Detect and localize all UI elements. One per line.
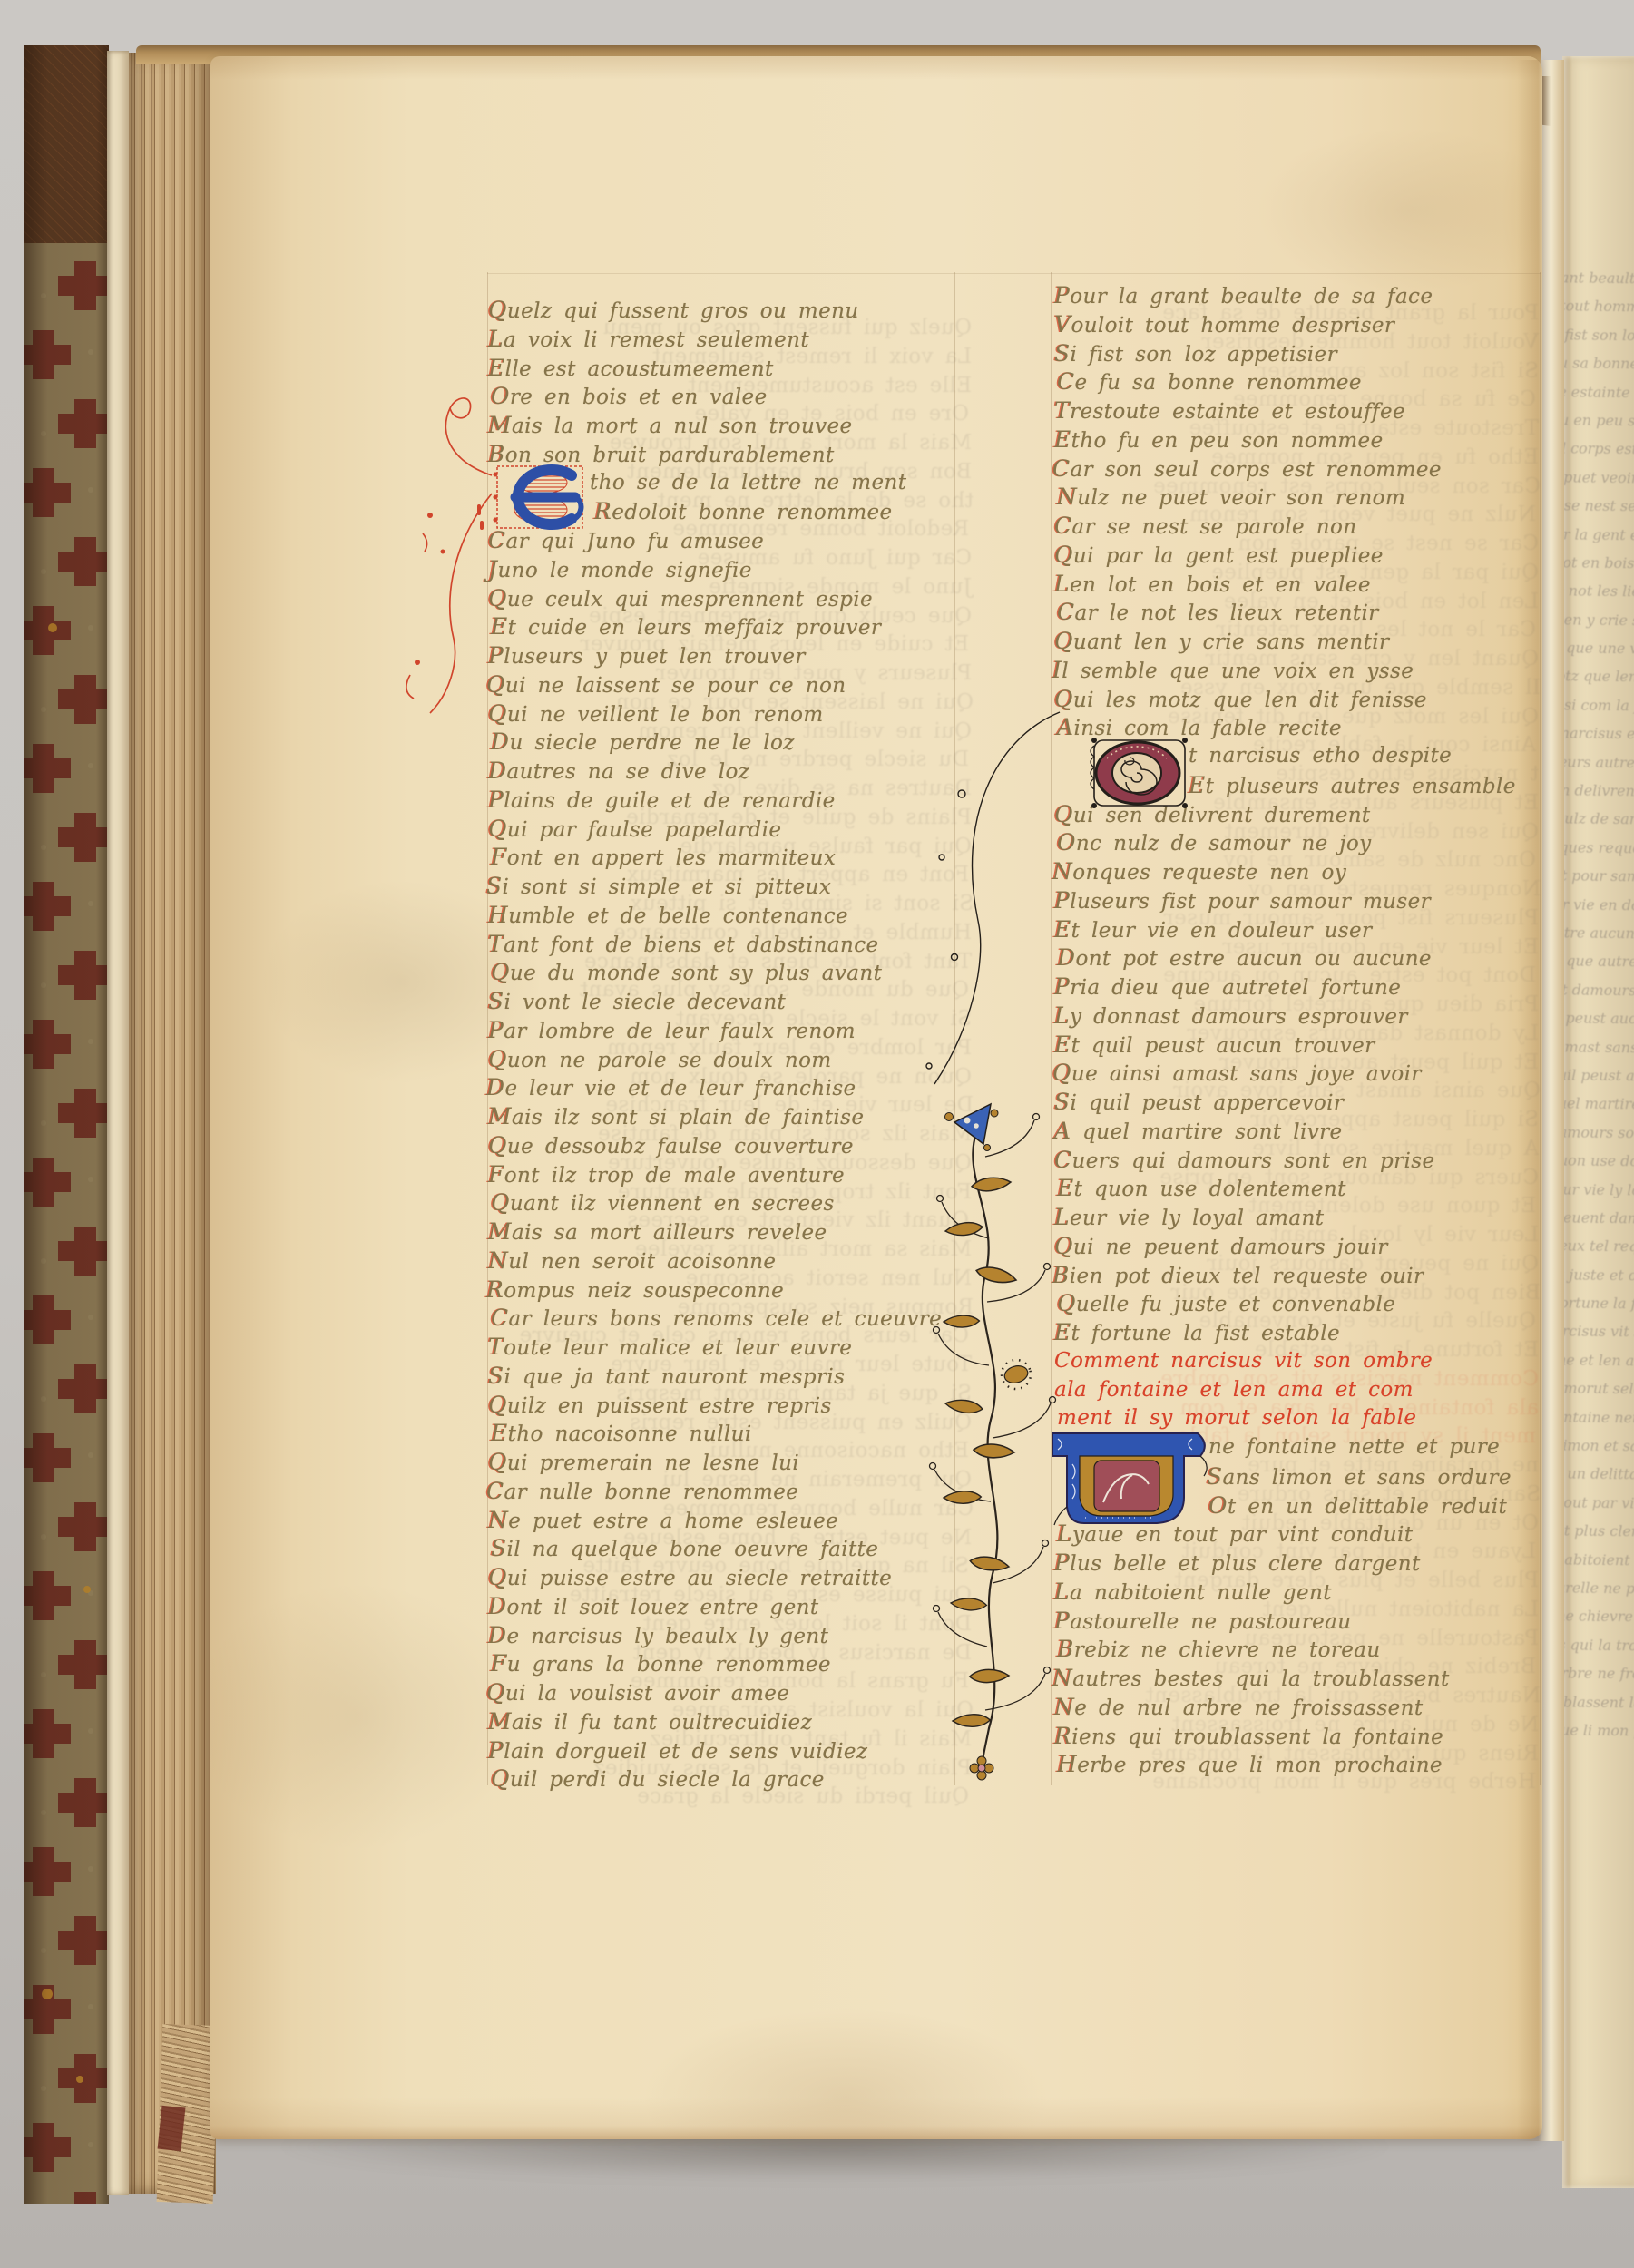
- verse-line: Brebiz ne chievre ne toreau: [1057, 1635, 1544, 1664]
- verse-line: Et quon use dolentement: [1057, 1174, 1544, 1203]
- next-folio-line: Lyaue en tout par vint conduit: [1562, 1486, 1634, 1519]
- verse-line: Que ceulx qui mesprennent espie: [488, 584, 955, 613]
- versal-capital: C: [1054, 1147, 1072, 1173]
- versal-capital: Q: [1054, 542, 1073, 568]
- next-folio-line: Car se nest se parole non: [1562, 489, 1634, 522]
- next-folio-line: Et pluseurs autres ensamble: [1562, 745, 1634, 777]
- versal-capital: L: [1054, 1579, 1070, 1605]
- rubric-line: Comment narcisus vit son ombre: [1054, 1347, 1541, 1376]
- versal-capital: R: [594, 498, 612, 524]
- verse-line: Quilz en puissent estre repris: [488, 1391, 955, 1420]
- next-folio-line: Car le not les lieux retentir: [1562, 574, 1634, 607]
- next-folio-line: A quel martire sont livre: [1562, 1087, 1634, 1119]
- verse-line: Car son seul corps est renommee: [1052, 455, 1540, 484]
- versal-capital: C: [1054, 513, 1072, 539]
- verse-line: Si fist son loz appetisier: [1054, 339, 1541, 368]
- penwork-initial-o: [1071, 737, 1189, 809]
- book-spine: [24, 45, 109, 2204]
- next-folio-line: Qui par la gent est puepliee: [1562, 517, 1634, 550]
- next-folio-line: Brebiz ne chievre ne toreau: [1562, 1599, 1634, 1632]
- verse-line: Plains de guile et de renardie: [488, 786, 955, 815]
- next-folio-line: Ainsi com la fable recite: [1562, 689, 1634, 721]
- versal-capital: P: [488, 642, 504, 669]
- versal-capital: D: [488, 758, 506, 784]
- versal-capital: H: [488, 902, 508, 928]
- verse-line: Et cuide en leurs meffaiz prouver: [491, 612, 958, 641]
- versal-capital: E: [491, 1420, 508, 1446]
- next-folio-line: Len lot en bois et en valee: [1562, 546, 1634, 579]
- verse-line: Et leur vie en douleur user: [1054, 915, 1541, 944]
- verse-line: Ore en bois et en valee: [491, 382, 958, 411]
- verse-line: Sil na quelque bone oeuvre faitte: [491, 1534, 958, 1563]
- next-folio-line: Nonques requeste nen oy: [1562, 831, 1634, 864]
- versal-capital: J: [488, 556, 497, 582]
- verse-line: De leur vie et de leur franchise: [486, 1073, 954, 1102]
- cover-bottom-tip: [158, 2106, 186, 2151]
- verse-line: Que du monde sont sy plus avant: [491, 958, 958, 987]
- versal-capital: M: [488, 412, 512, 438]
- verse-line: Nul nen seroit acoisonne: [488, 1246, 955, 1276]
- verse-line: Car le not les lieux retentir: [1057, 598, 1544, 627]
- verse-line: Si que ja tant nauront mespris: [488, 1362, 955, 1391]
- verse-line: Dont pot estre aucun ou aucune: [1057, 943, 1544, 973]
- versal-capital: N: [1057, 484, 1077, 510]
- verse-line: Car se nest se parole non: [1054, 512, 1541, 541]
- versal-capital: A: [1054, 1118, 1071, 1144]
- verse-line: Que ainsi amast sans joye avoir: [1052, 1059, 1540, 1088]
- verse-line: Humble et de belle contenance: [488, 901, 955, 930]
- next-folio-line: Qui ne peuent damours jouir: [1562, 1201, 1634, 1234]
- versal-capital: E: [1054, 1031, 1071, 1058]
- next-folio-line: Que ainsi amast sans joye avoir: [1562, 1030, 1634, 1062]
- page-stack-gutter: [129, 53, 216, 2194]
- verse-line: Ne de nul arbre ne froissassent: [1054, 1693, 1541, 1722]
- illuminated-initial-u: [1049, 1428, 1214, 1533]
- verse-line: Mais la mort a nul son trouvee: [488, 411, 955, 440]
- verse-line: Mais ilz sont si plain de faintise: [488, 1102, 955, 1131]
- next-folio-line: Si fist son loz appetisier: [1562, 318, 1634, 351]
- verse-line: Qui la voulsist avoir amee: [486, 1678, 954, 1707]
- versal-capital: E: [1054, 426, 1071, 453]
- versal-capital: L: [1054, 571, 1070, 597]
- next-folio-line: Ne de nul arbre ne froissassent: [1562, 1657, 1634, 1689]
- verse-line: Quelz qui fussent gros ou menu: [488, 296, 955, 325]
- versal-capital: N: [1052, 1665, 1072, 1691]
- verse-line: Toute leur malice et leur euvre: [488, 1333, 955, 1362]
- versal-capital: D: [1057, 944, 1075, 971]
- versal-capital: Q: [488, 585, 507, 611]
- versal-capital: C: [1052, 455, 1071, 482]
- verse-line: Quon ne parole se doulx nom: [488, 1045, 955, 1074]
- versal-capital: V: [1054, 311, 1071, 337]
- versal-capital: M: [488, 1103, 512, 1129]
- versal-capital: B: [1052, 1262, 1070, 1288]
- verse-line: Car nulle bonne renommee: [486, 1477, 954, 1506]
- verse-line: Qui les motz que len dit fenisse: [1054, 685, 1541, 714]
- verse-line: Et quil peust aucun trouver: [1054, 1031, 1541, 1060]
- next-folio-line: La nabitoient nulle gent: [1562, 1542, 1634, 1575]
- versal-capital: D: [488, 1593, 506, 1619]
- verse-line: Car leurs bons renoms cele et cueuvre: [491, 1304, 958, 1333]
- versal-capital: C: [488, 527, 506, 553]
- versal-capital: Q: [1054, 1233, 1073, 1259]
- next-folio-line: Et fortune la fist estable: [1562, 1286, 1634, 1319]
- versal-capital: L: [1054, 1002, 1070, 1029]
- next-folio-line: t narcisus etho despite: [1562, 717, 1634, 749]
- next-folio-line: Car son seul corps est renommee: [1562, 432, 1634, 464]
- verse-line: Juno le monde signefie: [488, 555, 955, 584]
- verse-line: Bien pot dieux tel requeste ouir: [1052, 1261, 1540, 1290]
- versal-capital: F: [488, 1161, 504, 1188]
- versal-capital: N: [488, 1507, 508, 1533]
- next-folio-line: Si quil peust appercevoir: [1562, 1059, 1634, 1091]
- verse-line: Dautres na se dive loz: [488, 757, 955, 786]
- verse-line: Si sont si simple et si pitteux: [486, 872, 954, 901]
- next-folio-line: Bien pot dieux tel requeste ouir: [1562, 1229, 1634, 1262]
- next-folio-edge: Pour la grant beaulte de sa faceVouloit …: [1562, 56, 1634, 2188]
- verse-line: La nabitoient nulle gent: [1054, 1578, 1541, 1607]
- versal-capital: L: [1054, 1204, 1070, 1230]
- next-folio-line: Ce fu sa bonne renommee: [1562, 347, 1634, 379]
- verse-line: Qui premerain ne lesne lui: [488, 1448, 955, 1477]
- verse-line: Onc nulz de samour ne joy: [1057, 828, 1544, 857]
- versal-capital: D: [491, 728, 509, 755]
- next-folio-line: Leur vie ly loyal amant: [1562, 1172, 1634, 1205]
- verse-line: Si vont le siecle decevant: [488, 987, 955, 1016]
- verse-line: Qui ne peuent damours jouir: [1054, 1232, 1541, 1261]
- versal-capital: N: [1054, 1694, 1074, 1720]
- versal-capital: Q: [1057, 1290, 1076, 1316]
- next-folio-line: Et leur vie en douleur user: [1562, 887, 1634, 920]
- verse-line: Qui ne veillent le bon renom: [488, 699, 955, 728]
- versal-capital: Q: [486, 671, 505, 698]
- versal-capital: H: [1057, 1751, 1077, 1777]
- verse-line: Par lombre de leur faulx renom: [488, 1016, 955, 1045]
- versal-capital: P: [1054, 282, 1070, 308]
- verse-line: Ne puet estre a home esleuee: [488, 1506, 955, 1535]
- versal-capital: P: [1054, 887, 1070, 914]
- next-folio-line: Qui sen delivrent durement: [1562, 774, 1634, 807]
- verse-line: Len lot en bois et en valee: [1054, 570, 1541, 599]
- verse-line: De narcisus ly beaulx ly gent: [488, 1621, 955, 1650]
- verse-line: Quelle fu juste et convenable: [1057, 1289, 1544, 1318]
- verse-line: Dont il soit louez entre gent: [488, 1592, 955, 1621]
- verse-line: Pria dieu que autretel fortune: [1054, 973, 1541, 1002]
- next-folio-line: Comment narcisus vit son ombre: [1562, 1315, 1634, 1347]
- next-folio-line: Dont pot estre aucun ou aucune: [1562, 916, 1634, 949]
- verse-line: Plain dorgueil et de sens vuidiez: [488, 1736, 955, 1765]
- next-folio-line: Qui les motz que len dit fenisse: [1562, 660, 1634, 692]
- next-folio-line: Nulz ne puet veoir son renom: [1562, 461, 1634, 494]
- verse-line: Etho nacoisonne nullui: [491, 1419, 958, 1448]
- next-folio-line: Etho fu en peu son nommee: [1562, 404, 1634, 436]
- versal-capital: F: [491, 1650, 507, 1677]
- illuminated-initial-e: [484, 464, 586, 531]
- versal-capital: T: [1054, 397, 1070, 424]
- versal-capital: D: [488, 1622, 506, 1648]
- verse-line: Plus belle et plus clere dargent: [1054, 1549, 1541, 1578]
- versal-capital: P: [1054, 973, 1070, 1000]
- next-folio-line: ala fontaine et len ama et com: [1562, 1344, 1634, 1376]
- verse-line: Que dessoubz faulse couverture: [488, 1131, 955, 1160]
- versal-capital: Q: [1054, 628, 1073, 654]
- verse-line: Pluseurs fist pour samour muser: [1054, 886, 1541, 915]
- versal-capital: I: [1052, 657, 1062, 683]
- verse-line: Font ilz trop de male aventure: [488, 1160, 955, 1189]
- versal-capital: T: [488, 1334, 504, 1360]
- versal-capital: P: [1054, 1608, 1070, 1634]
- verse-line: Car qui Juno fu amusee: [488, 526, 955, 555]
- versal-capital: E: [488, 355, 505, 381]
- next-folio-line: Quelle fu juste et convenable: [1562, 1257, 1634, 1290]
- versal-capital: M: [488, 1708, 512, 1735]
- versal-capital: C: [1057, 599, 1075, 625]
- next-folio-line: Plus belle et plus clere dargent: [1562, 1514, 1634, 1547]
- versal-capital: S: [491, 1535, 507, 1561]
- next-folio-line: Trestoute estainte et estouffee: [1562, 375, 1634, 407]
- versal-capital: Q: [491, 1189, 510, 1216]
- versal-capital: P: [488, 1737, 504, 1764]
- next-folio-line: Ly donnast damours esprouver: [1562, 973, 1634, 1006]
- verse-line: Rompus neiz souspeconne: [486, 1276, 954, 1305]
- next-folio-showthrough-text: Pour la grant beaulte de sa faceVouloit …: [1562, 261, 1634, 1746]
- versal-capital: O: [1057, 829, 1076, 855]
- small-flower-foot: [970, 1756, 993, 1780]
- right-text-column: Pour la grant beaulte de sa faceVouloit …: [1054, 281, 1541, 1779]
- versal-capital: C: [1057, 368, 1075, 395]
- verse-line: Font en appert les marmiteux: [491, 843, 958, 872]
- verse-line: Leur vie ly loyal amant: [1054, 1203, 1541, 1232]
- versal-capital: Q: [488, 1132, 507, 1158]
- verse-line: Riens qui troublassent la fontaine: [1054, 1722, 1541, 1751]
- verse-line: Mais sa mort ailleurs revelee: [488, 1217, 955, 1246]
- next-folio-line: Et quil peust aucun trouver: [1562, 1002, 1634, 1034]
- versal-capital: P: [488, 1017, 504, 1043]
- verse-line: Il semble que une voix en ysse: [1052, 656, 1540, 685]
- verse-line: Elle est acoustumeement: [488, 354, 955, 383]
- versal-capital: Q: [486, 1679, 505, 1706]
- verse-line: Tant font de biens et dabstinance: [488, 930, 955, 959]
- next-folio-line: Cuers qui damours sont en prise: [1562, 1116, 1634, 1149]
- next-folio-line: Herbe pres que li mon prochaine: [1562, 1714, 1634, 1746]
- spiky-seed-pod: [998, 1356, 1033, 1392]
- versal-capital: T: [488, 931, 504, 957]
- versal-capital: M: [488, 1218, 512, 1245]
- verse-line: Etho fu en peu son nommee: [1054, 425, 1541, 455]
- versal-capital: E: [1189, 772, 1206, 798]
- verse-line: Mais il fu tant oultrecuidiez: [488, 1707, 955, 1736]
- versal-capital: E: [1054, 916, 1071, 943]
- versal-capital: C: [491, 1305, 509, 1331]
- flyleaf-edge: [107, 51, 129, 2195]
- versal-capital: E: [1057, 1175, 1074, 1201]
- versal-capital: R: [1054, 1723, 1071, 1749]
- next-folio-line: Nautres bestes qui la troublassent: [1562, 1628, 1634, 1661]
- versal-capital: P: [488, 787, 504, 813]
- verse-line: Qui par la gent est puepliee: [1054, 541, 1541, 570]
- verse-line: Nautres bestes qui la troublassent: [1052, 1664, 1540, 1693]
- ruling-line-horizontal: [487, 273, 1541, 274]
- versal-capital: E: [1054, 1319, 1071, 1345]
- versal-capital: N: [1052, 858, 1072, 885]
- versal-capital: S: [488, 1363, 504, 1389]
- verse-line: A quel martire sont livre: [1054, 1117, 1541, 1146]
- photo-of-open-manuscript: { "photo": { "background_color": "#c7c4c…: [0, 0, 1634, 2268]
- verse-line: Qui par faulse papelardie: [488, 815, 955, 844]
- verse-line: Pluseurs y puet len trouver: [488, 641, 955, 670]
- next-folio-line: Vouloit tout homme despriser: [1562, 289, 1634, 322]
- versal-capital: Q: [491, 1765, 510, 1792]
- versal-capital: S: [1054, 340, 1071, 367]
- next-folio-line: Sans limon et sans ordure: [1562, 1429, 1634, 1461]
- verse-line: Quant len y crie sans mentir: [1054, 627, 1541, 656]
- versal-capital: P: [1054, 1549, 1070, 1576]
- versal-capital: Q: [488, 700, 507, 727]
- versal-capital: C: [486, 1478, 504, 1504]
- verse-line: Qui ne laissent se pour ce non: [486, 670, 954, 699]
- verse-line: Herbe pres que li mon prochaine: [1057, 1750, 1544, 1779]
- verse-line: Trestoute estainte et estouffee: [1054, 396, 1541, 425]
- verse-line: Fu grans la bonne renommee: [491, 1649, 958, 1678]
- versal-capital: Q: [1052, 1060, 1071, 1086]
- versal-capital: S: [1054, 1089, 1071, 1115]
- versal-capital: E: [491, 613, 508, 640]
- versal-capital: Q: [488, 297, 507, 323]
- next-folio-line: Pastourelle ne pastoureau: [1562, 1571, 1634, 1604]
- versal-capital: Q: [488, 1392, 507, 1418]
- rubric-line: ala fontaine et len ama et com: [1054, 1376, 1541, 1405]
- verse-line: Vouloit tout homme despriser: [1054, 310, 1541, 339]
- verse-line: Si quil peust appercevoir: [1054, 1088, 1541, 1117]
- versal-capital: Q: [488, 1564, 507, 1590]
- next-folio-line: Ot en un delittable reduit: [1562, 1457, 1634, 1490]
- versal-capital: D: [486, 1074, 504, 1100]
- verse-line: Quil perdi du siecle la grace: [491, 1765, 958, 1794]
- versal-capital: B: [1057, 1636, 1074, 1662]
- versal-capital: Q: [488, 1449, 507, 1475]
- next-folio-line: Et quon use dolentement: [1562, 1144, 1634, 1177]
- versal-capital: Q: [488, 1046, 507, 1072]
- verse-line: Ly donnast damours esprouver: [1054, 1002, 1541, 1031]
- versal-capital: R: [486, 1276, 504, 1303]
- versal-capital: F: [491, 844, 507, 870]
- next-folio-line: Pluseurs fist pour samour muser: [1562, 859, 1634, 892]
- next-folio-line: Quant len y crie sans mentir: [1562, 603, 1634, 636]
- versal-capital: S: [486, 873, 503, 899]
- next-folio-line: ne fontaine nette et pure: [1562, 1400, 1634, 1432]
- next-folio-line: ment il sy morut selon la fable: [1562, 1372, 1634, 1404]
- next-folio-line: Pour la grant beaulte de sa face: [1562, 261, 1634, 294]
- verse-line: Du siecle perdre ne le loz: [491, 728, 958, 757]
- verse-line: Cuers qui damours sont en prise: [1054, 1146, 1541, 1175]
- versal-capital: L: [488, 326, 504, 352]
- verse-line: La voix li remest seulement: [488, 325, 955, 354]
- next-folio-line: Pria dieu que autretel fortune: [1562, 944, 1634, 977]
- verse-line: Ce fu sa bonne renommee: [1057, 367, 1544, 396]
- next-folio-line: Riens qui troublassent la fontaine: [1562, 1685, 1634, 1717]
- versal-capital: N: [488, 1247, 508, 1274]
- verse-line: Et fortune la fist estable: [1054, 1318, 1541, 1347]
- next-folio-line: Onc nulz de samour ne joy: [1562, 802, 1634, 835]
- next-folio-line: Il semble que une voix en ysse: [1562, 631, 1634, 664]
- verse-line: Pour la grant beaulte de sa face: [1054, 281, 1541, 310]
- versal-capital: Q: [1054, 686, 1073, 712]
- verse-line: Pastourelle ne pastoureau: [1054, 1607, 1541, 1636]
- verse-line: Quant ilz viennent en secrees: [491, 1188, 958, 1217]
- versal-capital: Q: [488, 816, 507, 842]
- verse-line: Nulz ne puet veoir son renom: [1057, 483, 1544, 512]
- versal-capital: Q: [491, 959, 510, 985]
- versal-capital: S: [488, 988, 504, 1014]
- verse-line: Qui puisse estre au siecle retraitte: [488, 1563, 955, 1592]
- versal-capital: O: [491, 383, 510, 409]
- verse-line: Nonques requeste nen oy: [1052, 857, 1540, 886]
